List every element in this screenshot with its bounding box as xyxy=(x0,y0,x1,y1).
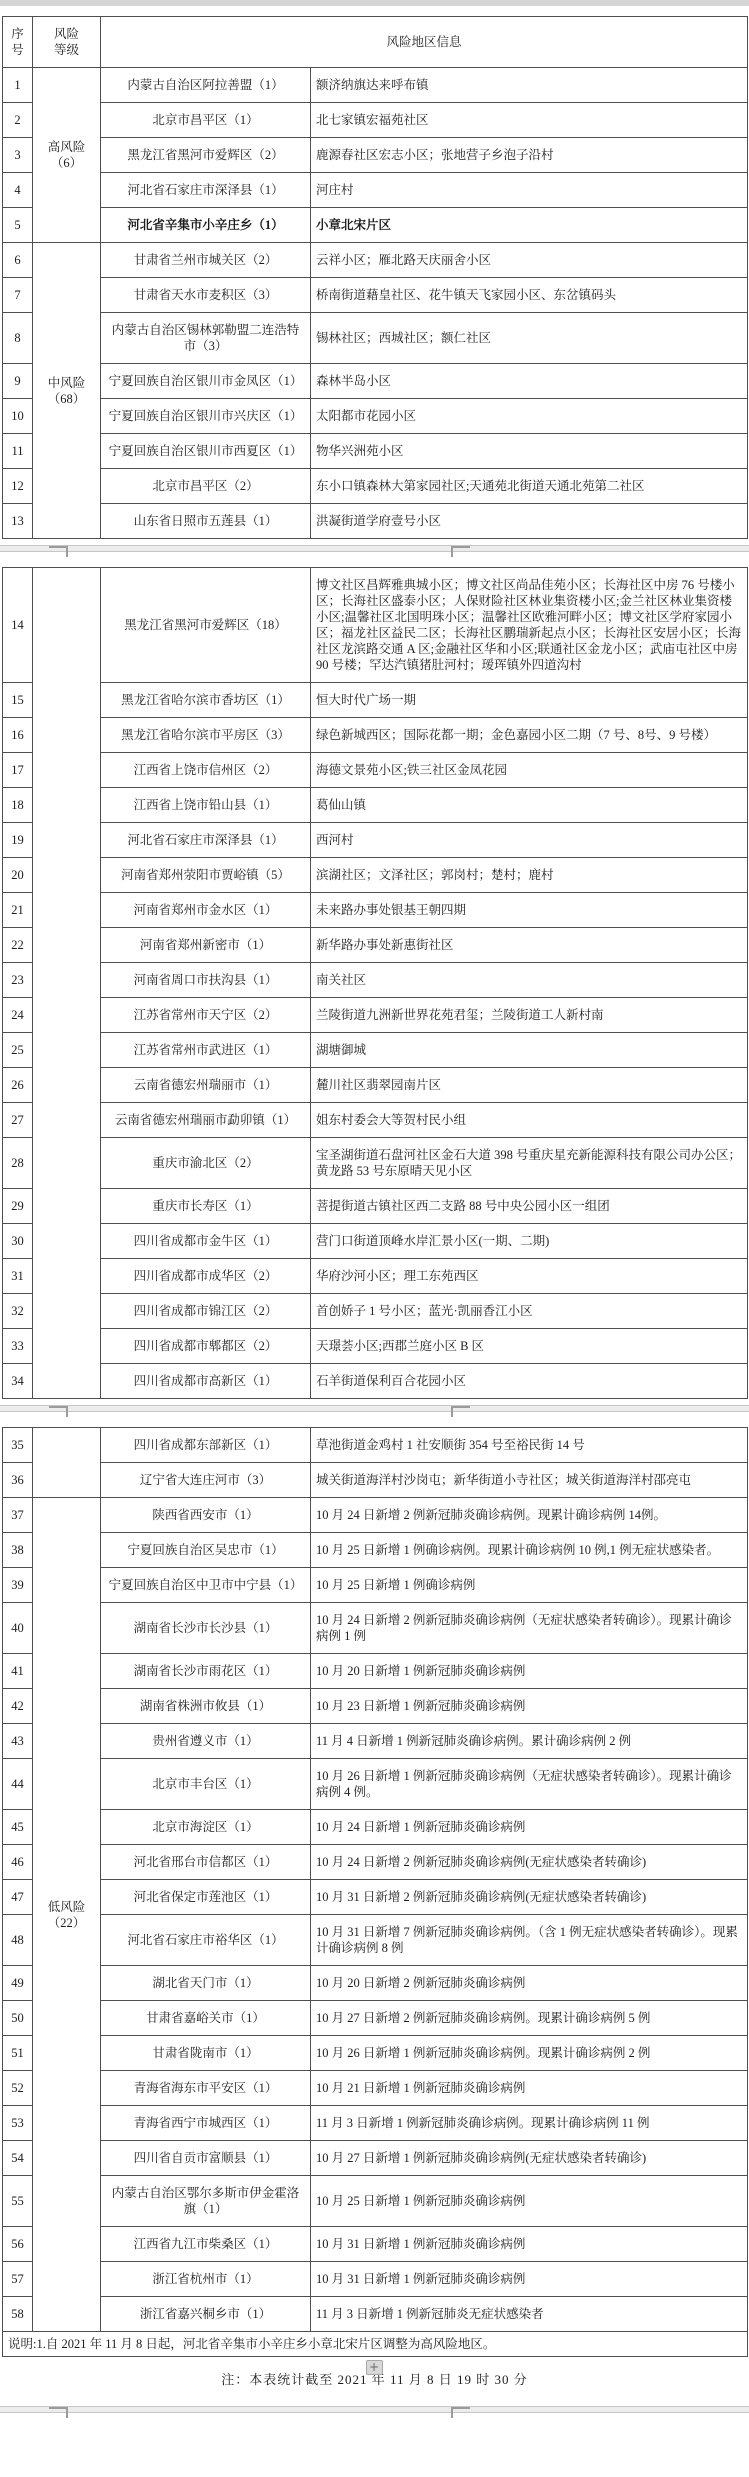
seq-cell: 38 xyxy=(3,1533,33,1568)
location-cell: 河南省周口市扶沟县（1） xyxy=(101,963,311,998)
info-cell: 洪凝街道学府壹号小区 xyxy=(311,504,748,539)
table-row-58: 58浙江省嘉兴桐乡市（1）11 月 3 日新增 1 例新冠肺炎无症状感染者 xyxy=(3,2297,748,2332)
page-break xyxy=(0,1399,749,1417)
info-cell: 新华路办事处新惠街社区 xyxy=(311,928,748,963)
info-cell: 姐东村委会大等贺村民小组 xyxy=(311,1103,748,1138)
risk-table-segment-3: 35四川省成都东部新区（1）草池街道金鸡村 1 社安顺街 354 号至裕民街 1… xyxy=(2,1427,748,2357)
level-cell: 中风险 （68） xyxy=(33,243,101,539)
info-cell: 城关街道海洋村沙岗屯；新华街道小寺社区；城关街道海洋村邵亮屯 xyxy=(311,1463,748,1498)
location-cell: 四川省成都市锦江区（2） xyxy=(101,1294,311,1329)
info-cell: 10 月 23 日新增 1 例新冠肺炎确诊病例 xyxy=(311,1689,748,1724)
seq-cell: 57 xyxy=(3,2262,33,2297)
info-cell: 10 月 24 日新增 2 例新冠肺炎确诊病例（无症状感染者转确诊）。现累计确诊… xyxy=(311,1603,748,1654)
seq-cell: 25 xyxy=(3,1033,33,1068)
location-cell: 陕西省西安市（1） xyxy=(101,1498,311,1533)
table-row-20: 20河南省郑州荥阳市贾峪镇（5）滨湖社区；文泽社区；郭岗村；楚村；鹿村 xyxy=(3,858,748,893)
page-bottom-margin xyxy=(0,2418,749,2464)
table-row-4: 4河北省石家庄市深泽县（1）河庄村 xyxy=(3,173,748,208)
seq-cell: 46 xyxy=(3,1845,33,1880)
page-break xyxy=(0,539,749,557)
table-row-57: 57浙江省杭州市（1）10 月 31 日新增 1 例新冠肺炎确诊病例 xyxy=(3,2262,748,2297)
table-row-21: 21河南省郑州市金水区（1）未来路办事处银基王朝四期 xyxy=(3,893,748,928)
table-row-53: 53青海省西宁市城西区（1）11 月 3 日新增 1 例新冠肺炎确诊病例。现累计… xyxy=(3,2106,748,2141)
table-row-29: 29重庆市长寿区（1）菩提街道古镇社区西二支路 88 号中央公园小区一组团 xyxy=(3,1189,748,1224)
location-cell: 黑龙江省哈尔滨市香坊区（1） xyxy=(101,683,311,718)
info-cell: 森林半岛小区 xyxy=(311,364,748,399)
info-cell: 10 月 31 日新增 7 例新冠肺炎确诊病例。（含 1 例无症状感染者转确诊）… xyxy=(311,1915,748,1966)
seq-cell: 32 xyxy=(3,1294,33,1329)
table-row-7: 7甘肃省天水市麦积区（3）桥南街道藉皇社区、花牛镇天飞家园小区、东岔镇码头 xyxy=(3,278,748,313)
page-break-band xyxy=(0,545,749,552)
seq-cell: 12 xyxy=(3,469,33,504)
location-cell: 四川省成都市郫都区（2） xyxy=(101,1329,311,1364)
location-cell: 四川省自贡市富顺县（1） xyxy=(101,2141,311,2176)
seq-cell: 39 xyxy=(3,1568,33,1603)
info-cell: 10 月 27 日新增 1 例新冠肺炎确诊病例(无症状感染者转确诊) xyxy=(311,2141,748,2176)
table-row-18: 18江西省上饶市铅山县（1）葛仙山镇 xyxy=(3,788,748,823)
table-row-23: 23河南省周口市扶沟县（1）南关社区 xyxy=(3,963,748,998)
table-row-16: 16黑龙江省哈尔滨市平房区（3）绿色新城西区；国际花都一期；金色嘉园小区二期（7… xyxy=(3,718,748,753)
seq-cell: 1 xyxy=(3,68,33,103)
seq-cell: 45 xyxy=(3,1810,33,1845)
page-corner-mark-right xyxy=(451,2407,470,2418)
seq-cell: 34 xyxy=(3,1364,33,1399)
info-cell: 恒大时代广场一期 xyxy=(311,683,748,718)
page-corner-mark-right xyxy=(451,546,470,557)
seq-cell: 49 xyxy=(3,1966,33,2001)
seq-cell: 42 xyxy=(3,1689,33,1724)
info-cell: 滨湖社区；文泽社区；郭岗村；楚村；鹿村 xyxy=(311,858,748,893)
location-cell: 黑龙江省哈尔滨市平房区（3） xyxy=(101,718,311,753)
level-cell xyxy=(33,1428,101,1498)
table-row-51: 51甘肃省陇南市（1）10 月 26 日新增 1 例新冠肺炎确诊病例。现累计确诊… xyxy=(3,2036,748,2071)
info-cell: 物华兴洲苑小区 xyxy=(311,434,748,469)
seq-cell: 54 xyxy=(3,2141,33,2176)
info-cell: 云祥小区；雁北路天庆丽舍小区 xyxy=(311,243,748,278)
table-row-24: 24江苏省常州市天宁区（2）兰陵街道九洲新世界花苑君玺；兰陵街道工人新村南 xyxy=(3,998,748,1033)
location-cell: 湖南省长沙市雨花区（1） xyxy=(101,1654,311,1689)
table-row-54: 54四川省自贡市富顺县（1）10 月 27 日新增 1 例新冠肺炎确诊病例(无症… xyxy=(3,2141,748,2176)
location-cell: 辽宁省大连庄河市（3） xyxy=(101,1463,311,1498)
table-row-27: 27云南省德宏州瑞丽市勐卯镇（1）姐东村委会大等贺村民小组 xyxy=(3,1103,748,1138)
seq-cell: 6 xyxy=(3,243,33,278)
info-cell: 10 月 25 日新增 1 例确诊病例 xyxy=(311,1568,748,1603)
location-cell: 湖北省天门市（1） xyxy=(101,1966,311,2001)
header-level: 风险 等级 xyxy=(33,17,101,68)
seq-cell: 29 xyxy=(3,1189,33,1224)
info-cell: 10 月 20 日新增 2 例新冠肺炎确诊病例 xyxy=(311,1966,748,2001)
seq-cell: 15 xyxy=(3,683,33,718)
table-row-28: 28重庆市渝北区（2）宝圣湖街道石盘河社区金石大道 398 号重庆星充新能源科技… xyxy=(3,1138,748,1189)
info-cell: 10 月 26 日新增 1 例新冠肺炎确诊病例。现累计确诊病例 2 例 xyxy=(311,2036,748,2071)
info-cell: 11 月 4 日新增 1 例新冠肺炎确诊病例。累计确诊病例 2 例 xyxy=(311,1724,748,1759)
table-row-40: 40湖南省长沙市长沙县（1）10 月 24 日新增 2 例新冠肺炎确诊病例（无症… xyxy=(3,1603,748,1654)
table-row-37: 37低风险 （22）陕西省西安市（1）10 月 24 日新增 2 例新冠肺炎确诊… xyxy=(3,1498,748,1533)
info-cell: 10 月 31 日新增 1 例新冠肺炎确诊病例 xyxy=(311,2227,748,2262)
location-cell: 河南省郑州荥阳市贾峪镇（5） xyxy=(101,858,311,893)
location-cell: 河北省石家庄市深泽县（1） xyxy=(101,823,311,858)
location-cell: 云南省德宏州瑞丽市勐卯镇（1） xyxy=(101,1103,311,1138)
seq-cell: 10 xyxy=(3,399,33,434)
seq-cell: 40 xyxy=(3,1603,33,1654)
table-row-52: 52青海省海东市平安区（1）10 月 21 日新增 1 例新冠肺炎确诊病例 xyxy=(3,2071,748,2106)
seq-cell: 14 xyxy=(3,568,33,683)
info-cell: 西河村 xyxy=(311,823,748,858)
location-cell: 北京市海淀区（1） xyxy=(101,1810,311,1845)
seq-cell: 9 xyxy=(3,364,33,399)
header-info: 风险地区信息 xyxy=(101,17,748,68)
info-cell: 10 月 24 日新增 1 例新冠肺炎确诊病例 xyxy=(311,1810,748,1845)
table-row-8: 8内蒙古自治区锡林郭勒盟二连浩特市（3）锡林社区；西城社区；额仁社区 xyxy=(3,313,748,364)
seq-cell: 51 xyxy=(3,2036,33,2071)
header-row: 序 号风险 等级风险地区信息 xyxy=(3,17,748,68)
info-cell: 东小口镇森林大第家园社区;天通苑北街道天通北苑第二社区 xyxy=(311,469,748,504)
seq-cell: 20 xyxy=(3,858,33,893)
info-cell: 10 月 24 日新增 2 例新冠肺炎确诊病例(无症状感染者转确诊) xyxy=(311,1845,748,1880)
info-cell: 10 月 27 日新增 2 例新冠肺炎确诊病例。现累计确诊病例 5 例 xyxy=(311,2001,748,2036)
seq-cell: 28 xyxy=(3,1138,33,1189)
table-row-5: 5河北省辛集市小辛庄乡（1）小章北宋片区 xyxy=(3,208,748,243)
info-cell: 小章北宋片区 xyxy=(311,208,748,243)
location-cell: 黑龙江省黑河市爱辉区（18） xyxy=(101,568,311,683)
location-cell: 河南省郑州市金水区（1） xyxy=(101,893,311,928)
location-cell: 河北省石家庄市裕华区（1） xyxy=(101,1915,311,1966)
seq-cell: 5 xyxy=(3,208,33,243)
location-cell: 河北省石家庄市深泽县（1） xyxy=(101,173,311,208)
table-row-49: 49湖北省天门市（1）10 月 20 日新增 2 例新冠肺炎确诊病例 xyxy=(3,1966,748,2001)
location-cell: 四川省成都市金牛区（1） xyxy=(101,1224,311,1259)
location-cell: 黑龙江省黑河市爱辉区（2） xyxy=(101,138,311,173)
explanation-cell: 说明:1.自 2021 年 11 月 8 日起，河北省辛集市小辛庄乡小章北宋片区… xyxy=(3,2332,748,2357)
location-cell: 湖南省长沙市长沙县（1） xyxy=(101,1603,311,1654)
info-cell: 11 月 3 日新增 1 例新冠肺炎确诊病例。现累计确诊病例 11 例 xyxy=(311,2106,748,2141)
seq-cell: 11 xyxy=(3,434,33,469)
info-cell: 菩提街道古镇社区西二支路 88 号中央公园小区一组团 xyxy=(311,1189,748,1224)
location-cell: 江西省上饶市信州区（2） xyxy=(101,753,311,788)
seq-cell: 47 xyxy=(3,1880,33,1915)
info-cell: 桥南街道藉皇社区、花牛镇天飞家园小区、东岔镇码头 xyxy=(311,278,748,313)
location-cell: 重庆市长寿区（1） xyxy=(101,1189,311,1224)
location-cell: 四川省成都市高新区（1） xyxy=(101,1364,311,1399)
location-cell: 北京市昌平区（1） xyxy=(101,103,311,138)
info-cell: 太阳都市花园小区 xyxy=(311,399,748,434)
seq-cell: 53 xyxy=(3,2106,33,2141)
location-cell: 内蒙古自治区锡林郭勒盟二连浩特市（3） xyxy=(101,313,311,364)
page-corner-mark-left xyxy=(49,546,68,557)
seq-cell: 27 xyxy=(3,1103,33,1138)
location-cell: 青海省西宁市城西区（1） xyxy=(101,2106,311,2141)
info-cell: 兰陵街道九洲新世界花苑君玺；兰陵街道工人新村南 xyxy=(311,998,748,1033)
page-corner-mark-left xyxy=(49,2407,68,2418)
location-cell: 甘肃省天水市麦积区（3） xyxy=(101,278,311,313)
info-cell: 北七家镇宏福苑社区 xyxy=(311,103,748,138)
seq-cell: 3 xyxy=(3,138,33,173)
page-corner-mark-right xyxy=(451,1406,470,1417)
seq-cell: 7 xyxy=(3,278,33,313)
level-cell: 低风险 （22） xyxy=(33,1498,101,2332)
seq-cell: 8 xyxy=(3,313,33,364)
seq-cell: 48 xyxy=(3,1915,33,1966)
seq-cell: 2 xyxy=(3,103,33,138)
location-cell: 四川省成都市成华区（2） xyxy=(101,1259,311,1294)
page-break-band xyxy=(0,2406,749,2413)
table-row-19: 19河北省石家庄市深泽县（1）西河村 xyxy=(3,823,748,858)
page-corner-mark-left xyxy=(49,1406,68,1417)
table-row-33: 33四川省成都市郫都区（2）天璟荟小区;西郡兰庭小区 B 区 xyxy=(3,1329,748,1364)
page-break-band xyxy=(0,1405,749,1412)
header-seq: 序 号 xyxy=(3,17,33,68)
table-row-38: 38宁夏回族自治区吴忠市（1）10 月 25 日新增 1 例确诊病例。现累计确诊… xyxy=(3,1533,748,1568)
info-cell: 10 月 24 日新增 2 例新冠肺炎确诊病例。现累计确诊病例 14例。 xyxy=(311,1498,748,1533)
info-cell: 草池街道金鸡村 1 社安顺街 354 号至裕民街 14 号 xyxy=(311,1428,748,1463)
location-cell: 宁夏回族自治区银川市金凤区（1） xyxy=(101,364,311,399)
stats-cutoff-note: 注：本表统计截至 2021 年 11 月 8 日 19 时 30 分 + xyxy=(0,2369,749,2388)
location-cell: 江苏省常州市天宁区（2） xyxy=(101,998,311,1033)
info-cell: 宝圣湖街道石盘河社区金石大道 398 号重庆星充新能源科技有限公司办公区；黄龙路… xyxy=(311,1138,748,1189)
risk-table-segment-1: 序 号风险 等级风险地区信息1高风险 （6）内蒙古自治区阿拉善盟（1）额济纳旗达… xyxy=(2,16,748,539)
location-cell: 重庆市渝北区（2） xyxy=(101,1138,311,1189)
table-row-17: 17江西省上饶市信州区（2）海德文景苑小区;铁三社区金凤花园 xyxy=(3,753,748,788)
table-row-56: 56江西省九江市柴桑区（1）10 月 31 日新增 1 例新冠肺炎确诊病例 xyxy=(3,2227,748,2262)
info-cell: 石羊街道保利百合花园小区 xyxy=(311,1364,748,1399)
location-cell: 内蒙古自治区鄂尔多斯市伊金霍洛旗（1） xyxy=(101,2176,311,2227)
location-cell: 甘肃省兰州市城关区（2） xyxy=(101,243,311,278)
table-row-9: 9宁夏回族自治区银川市金凤区（1）森林半岛小区 xyxy=(3,364,748,399)
info-cell: 未来路办事处银基王朝四期 xyxy=(311,893,748,928)
seq-cell: 26 xyxy=(3,1068,33,1103)
table-row-35: 35四川省成都东部新区（1）草池街道金鸡村 1 社安顺街 354 号至裕民街 1… xyxy=(3,1428,748,1463)
location-cell: 贵州省遵义市（1） xyxy=(101,1724,311,1759)
table-row-1: 1高风险 （6）内蒙古自治区阿拉善盟（1）额济纳旗达来呼布镇 xyxy=(3,68,748,103)
table-row-25: 25江苏省常州市武进区（1）湖塘御城 xyxy=(3,1033,748,1068)
seq-cell: 43 xyxy=(3,1724,33,1759)
table-row-14: 14黑龙江省黑河市爱辉区（18）博文社区昌辉雅典城小区；博文社区尚品佳苑小区；长… xyxy=(3,568,748,683)
location-cell: 青海省海东市平安区（1） xyxy=(101,2071,311,2106)
table-row-50: 50甘肃省嘉峪关市（1）10 月 27 日新增 2 例新冠肺炎确诊病例。现累计确… xyxy=(3,2001,748,2036)
seq-cell: 18 xyxy=(3,788,33,823)
seq-cell: 19 xyxy=(3,823,33,858)
seq-cell: 23 xyxy=(3,963,33,998)
table-row-31: 31四川省成都市成华区（2）华府沙河小区；理工东苑西区 xyxy=(3,1259,748,1294)
table-row-39: 39宁夏回族自治区中卫市中宁县（1）10 月 25 日新增 1 例确诊病例 xyxy=(3,1568,748,1603)
location-cell: 河北省邢台市信都区（1） xyxy=(101,1845,311,1880)
seq-cell: 22 xyxy=(3,928,33,963)
location-cell: 宁夏回族自治区银川市兴庆区（1） xyxy=(101,399,311,434)
info-cell: 10 月 25 日新增 1 例确诊病例。现累计确诊病例 10 例,1 例无症状感… xyxy=(311,1533,748,1568)
info-cell: 天璟荟小区;西郡兰庭小区 B 区 xyxy=(311,1329,748,1364)
seq-cell: 41 xyxy=(3,1654,33,1689)
seq-cell: 4 xyxy=(3,173,33,208)
table-row-47: 47河北省保定市莲池区（1）10 月 31 日新增 2 例新冠肺炎确诊病例(无症… xyxy=(3,1880,748,1915)
info-cell: 10 月 25 日新增 1 例新冠肺炎确诊病例 xyxy=(311,2176,748,2227)
table-row-11: 11宁夏回族自治区银川市西夏区（1）物华兴洲苑小区 xyxy=(3,434,748,469)
table-row-30: 30四川省成都市金牛区（1）营门口街道顶峰水岸汇景小区(一期、二期) xyxy=(3,1224,748,1259)
table-row-46: 46河北省邢台市信都区（1）10 月 24 日新增 2 例新冠肺炎确诊病例(无症… xyxy=(3,1845,748,1880)
info-cell: 10 月 26 日新增 1 例新冠肺炎确诊病例（无症状感染者转确诊）。现累计确诊… xyxy=(311,1759,748,1810)
info-cell: 鹿源春社区宏志小区；张地营子乡泡子沿村 xyxy=(311,138,748,173)
seq-cell: 50 xyxy=(3,2001,33,2036)
table-row-15: 15黑龙江省哈尔滨市香坊区（1）恒大时代广场一期 xyxy=(3,683,748,718)
table-row-42: 42湖南省株洲市攸县（1）10 月 23 日新增 1 例新冠肺炎确诊病例 xyxy=(3,1689,748,1724)
page-top-strip xyxy=(0,0,749,6)
seq-cell: 33 xyxy=(3,1329,33,1364)
table-row-12: 12北京市昌平区（2）东小口镇森林大第家园社区;天通苑北街道天通北苑第二社区 xyxy=(3,469,748,504)
location-cell: 内蒙古自治区阿拉善盟（1） xyxy=(101,68,311,103)
location-cell: 山东省日照市五莲县（1） xyxy=(101,504,311,539)
seq-cell: 52 xyxy=(3,2071,33,2106)
info-cell: 11 月 3 日新增 1 例新冠肺炎无症状感染者 xyxy=(311,2297,748,2332)
table-row-43: 43贵州省遵义市（1）11 月 4 日新增 1 例新冠肺炎确诊病例。累计确诊病例… xyxy=(3,1724,748,1759)
seq-cell: 30 xyxy=(3,1224,33,1259)
table-row-45: 45北京市海淀区（1）10 月 24 日新增 1 例新冠肺炎确诊病例 xyxy=(3,1810,748,1845)
location-cell: 甘肃省陇南市（1） xyxy=(101,2036,311,2071)
seq-cell: 58 xyxy=(3,2297,33,2332)
seq-cell: 17 xyxy=(3,753,33,788)
seq-cell: 56 xyxy=(3,2227,33,2262)
location-cell: 浙江省嘉兴桐乡市（1） xyxy=(101,2297,311,2332)
table-row-36: 36辽宁省大连庄河市（3）城关街道海洋村沙岗屯；新华街道小寺社区；城关街道海洋村… xyxy=(3,1463,748,1498)
info-cell: 华府沙河小区；理工东苑西区 xyxy=(311,1259,748,1294)
location-cell: 浙江省杭州市（1） xyxy=(101,2262,311,2297)
table-row-13: 13山东省日照市五莲县（1）洪凝街道学府壹号小区 xyxy=(3,504,748,539)
table-row-2: 2北京市昌平区（1）北七家镇宏福苑社区 xyxy=(3,103,748,138)
info-cell: 博文社区昌辉雅典城小区；博文社区尚品佳苑小区；长海社区中房 76 号楼小区；长海… xyxy=(311,568,748,683)
location-cell: 河北省保定市莲池区（1） xyxy=(101,1880,311,1915)
info-cell: 10 月 21 日新增 1 例新冠肺炎确诊病例 xyxy=(311,2071,748,2106)
location-cell: 河北省辛集市小辛庄乡（1） xyxy=(101,208,311,243)
location-cell: 江苏省常州市武进区（1） xyxy=(101,1033,311,1068)
table-row-55: 55内蒙古自治区鄂尔多斯市伊金霍洛旗（1）10 月 25 日新增 1 例新冠肺炎… xyxy=(3,2176,748,2227)
table-row-44: 44北京市丰台区（1）10 月 26 日新增 1 例新冠肺炎确诊病例（无症状感染… xyxy=(3,1759,748,1810)
seq-cell: 55 xyxy=(3,2176,33,2227)
table-row-10: 10宁夏回族自治区银川市兴庆区（1）太阳都市花园小区 xyxy=(3,399,748,434)
info-cell: 南关社区 xyxy=(311,963,748,998)
info-cell: 营门口街道顶峰水岸汇景小区(一期、二期) xyxy=(311,1224,748,1259)
table-row-34: 34四川省成都市高新区（1）石羊街道保利百合花园小区 xyxy=(3,1364,748,1399)
location-cell: 江西省上饶市铅山县（1） xyxy=(101,788,311,823)
seq-cell: 44 xyxy=(3,1759,33,1810)
table-row-41: 41湖南省长沙市雨花区（1）10 月 20 日新增 1 例新冠肺炎确诊病例 xyxy=(3,1654,748,1689)
seq-cell: 37 xyxy=(3,1498,33,1533)
location-cell: 河南省郑州新密市（1） xyxy=(101,928,311,963)
info-cell: 海德文景苑小区;铁三社区金凤花园 xyxy=(311,753,748,788)
level-cell: 高风险 （6） xyxy=(33,68,101,243)
seq-cell: 36 xyxy=(3,1463,33,1498)
seq-cell: 35 xyxy=(3,1428,33,1463)
location-cell: 甘肃省嘉峪关市（1） xyxy=(101,2001,311,2036)
seq-cell: 21 xyxy=(3,893,33,928)
seq-cell: 31 xyxy=(3,1259,33,1294)
info-cell: 葛仙山镇 xyxy=(311,788,748,823)
risk-table-segment-2: 14黑龙江省黑河市爱辉区（18）博文社区昌辉雅典城小区；博文社区尚品佳苑小区；长… xyxy=(2,567,748,1399)
level-cell xyxy=(33,568,101,1399)
bottom-page-break xyxy=(0,2400,749,2418)
seq-cell: 16 xyxy=(3,718,33,753)
info-cell: 湖塘御城 xyxy=(311,1033,748,1068)
seq-cell: 24 xyxy=(3,998,33,1033)
info-cell: 首创娇子 1 号小区；蓝光·凯丽香江小区 xyxy=(311,1294,748,1329)
table-row-26: 26云南省德宏州瑞丽市（1）麓川社区翡翠园南片区 xyxy=(3,1068,748,1103)
info-cell: 10 月 31 日新增 1 例新冠肺炎确诊病例 xyxy=(311,2262,748,2297)
location-cell: 宁夏回族自治区中卫市中宁县（1） xyxy=(101,1568,311,1603)
table-row-48: 48河北省石家庄市裕华区（1）10 月 31 日新增 7 例新冠肺炎确诊病例。（… xyxy=(3,1915,748,1966)
location-cell: 宁夏回族自治区吴忠市（1） xyxy=(101,1533,311,1568)
plus-handle-icon: + xyxy=(366,2360,383,2375)
table-row-22: 22河南省郑州新密市（1）新华路办事处新惠街社区 xyxy=(3,928,748,963)
info-cell: 麓川社区翡翠园南片区 xyxy=(311,1068,748,1103)
info-cell: 河庄村 xyxy=(311,173,748,208)
location-cell: 湖南省株洲市攸县（1） xyxy=(101,1689,311,1724)
info-cell: 绿色新城西区；国际花都一期；金色嘉园小区二期（7 号、8号、9 号楼） xyxy=(311,718,748,753)
table-row-3: 3黑龙江省黑河市爱辉区（2）鹿源春社区宏志小区；张地营子乡泡子沿村 xyxy=(3,138,748,173)
location-cell: 四川省成都东部新区（1） xyxy=(101,1428,311,1463)
location-cell: 北京市丰台区（1） xyxy=(101,1759,311,1810)
risk-table-container: 序 号风险 等级风险地区信息1高风险 （6）内蒙古自治区阿拉善盟（1）额济纳旗达… xyxy=(0,16,749,2357)
seq-cell: 13 xyxy=(3,504,33,539)
location-cell: 云南省德宏州瑞丽市（1） xyxy=(101,1068,311,1103)
info-cell: 10 月 20 日新增 1 例新冠肺炎确诊病例 xyxy=(311,1654,748,1689)
table-row-6: 6中风险 （68）甘肃省兰州市城关区（2）云祥小区；雁北路天庆丽舍小区 xyxy=(3,243,748,278)
explanation-row: 说明:1.自 2021 年 11 月 8 日起，河北省辛集市小辛庄乡小章北宋片区… xyxy=(3,2332,748,2357)
location-cell: 江西省九江市柴桑区（1） xyxy=(101,2227,311,2262)
info-cell: 额济纳旗达来呼布镇 xyxy=(311,68,748,103)
info-cell: 锡林社区；西城社区；额仁社区 xyxy=(311,313,748,364)
table-row-32: 32四川省成都市锦江区（2）首创娇子 1 号小区；蓝光·凯丽香江小区 xyxy=(3,1294,748,1329)
location-cell: 宁夏回族自治区银川市西夏区（1） xyxy=(101,434,311,469)
location-cell: 北京市昌平区（2） xyxy=(101,469,311,504)
info-cell: 10 月 31 日新增 2 例新冠肺炎确诊病例(无症状感染者转确诊) xyxy=(311,1880,748,1915)
